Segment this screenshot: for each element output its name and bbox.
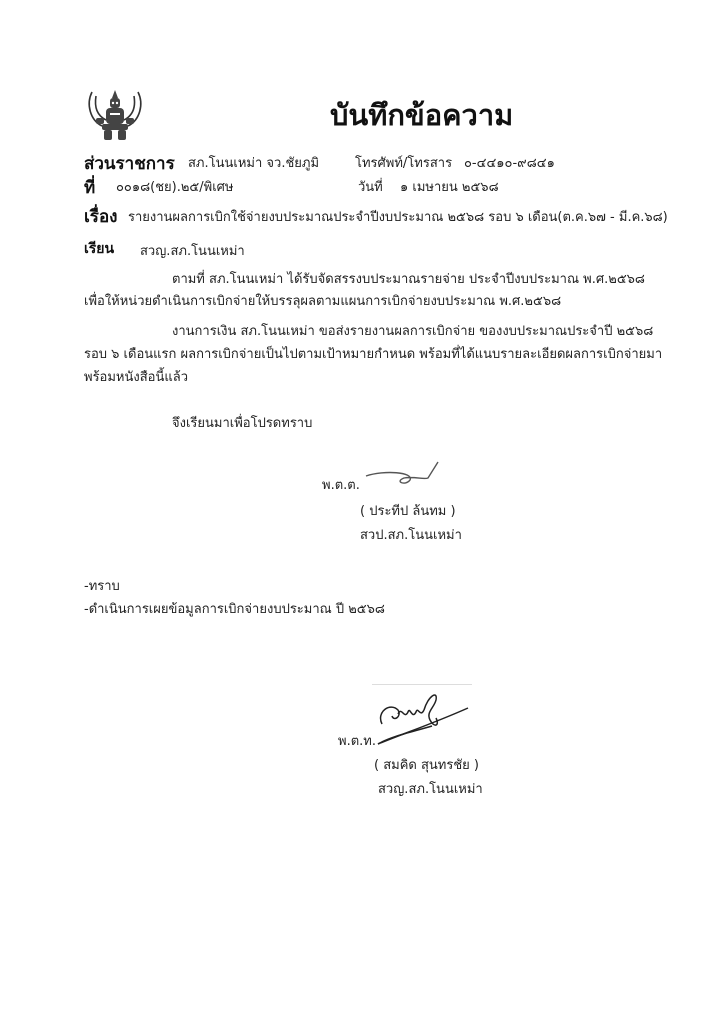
subject-value: รายงานผลการเบิกใช้จ่ายงบประมาณประจำปีงบป… — [128, 206, 668, 227]
to-label: เรียน — [84, 238, 114, 260]
signer2-position: สวญ.สภ.โนนเหม่า — [378, 778, 483, 799]
subject-label: เรื่อง — [84, 203, 117, 230]
phone-value: ๐-๔๔๑๐-๙๘๔๑ — [464, 152, 555, 173]
order-line2: -ดำเนินการเผยข้อมูลการเบิกจ่ายงบประมาณ ป… — [84, 598, 385, 619]
signature1-icon — [364, 458, 444, 490]
closing-text: จึงเรียนมาเพื่อโปรดทราบ — [172, 412, 312, 433]
reference-label: ที่ — [84, 174, 95, 201]
garuda-emblem-icon — [84, 84, 146, 146]
to-value: สวญ.สภ.โนนเหม่า — [140, 240, 245, 261]
para1-line2: เพื่อให้หน่วยดำเนินการเบิกจ่ายให้บรรลุผล… — [84, 290, 561, 311]
agency-label: ส่วนราชการ — [84, 150, 175, 177]
signer2-rank: พ.ต.ท. — [338, 730, 376, 751]
agency-value: สภ.โนนเหม่า จว.ชัยภูมิ — [188, 152, 319, 173]
para2-line3: พร้อมหนังสือนี้แล้ว — [84, 366, 188, 387]
signer2-name: ( สมคิด สุนทรชัย ) — [374, 754, 479, 775]
date-value: ๑ เมษายน ๒๕๖๘ — [400, 176, 499, 197]
signer1-position: สวป.สภ.โนนเหม่า — [360, 524, 462, 545]
date-label: วันที่ — [358, 176, 383, 197]
reference-value: ๐๐๑๘(ชย).๒๕/พิเศษ — [116, 176, 234, 197]
para2-line2: รอบ ๖ เดือนแรก ผลการเบิกจ่ายเป็นไปตามเป้… — [84, 343, 662, 364]
phone-label: โทรศัพท์/โทรสาร — [355, 152, 452, 173]
signer1-name: ( ประทีป ล้นทม ) — [360, 500, 456, 521]
para1-line1: ตามที่ สภ.โนนเหม่า ได้รับจัดสรรงบประมาณร… — [172, 268, 645, 289]
signature2-icon — [372, 686, 472, 746]
order-line1: -ทราบ — [84, 575, 120, 596]
memo-title: บันทึกข้อความ — [330, 92, 513, 138]
para2-line1: งานการเงิน สภ.โนนเหม่า ขอส่งรายงานผลการเ… — [172, 320, 653, 341]
signer1-rank: พ.ต.ต. — [322, 474, 360, 495]
